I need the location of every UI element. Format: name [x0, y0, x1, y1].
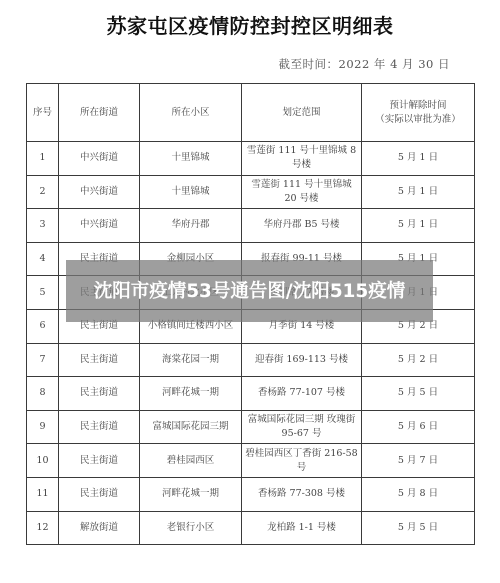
header-no: 序号 — [27, 84, 59, 142]
cell-street: 民主街道 — [59, 477, 140, 511]
cell-no: 12 — [27, 511, 59, 545]
table-row: 7民主街道海棠花园一期迎春街 169-113 号楼5 月 2 日 — [27, 343, 475, 377]
cell-community: 华府丹郡 — [140, 209, 242, 243]
table-row: 9民主街道富城国际花园三期富城国际花园三期 玫瑰街 95-67 号5 月 6 日 — [27, 410, 475, 444]
header-community: 所在小区 — [140, 84, 242, 142]
table-row: 10民主街道碧桂园西区碧桂园西区丁香街 216-58 号5 月 7 日 — [27, 444, 475, 478]
header-release-line2: （实际以审批为准） — [364, 113, 472, 127]
as-of-date: 截至时间：2022 年 4 月 30 日 — [279, 56, 451, 72]
cell-no: 3 — [27, 209, 59, 243]
cell-no: 9 — [27, 410, 59, 444]
cell-community: 河畔花城一期 — [140, 477, 242, 511]
cell-community: 碧桂园西区 — [140, 444, 242, 478]
cell-no: 7 — [27, 343, 59, 377]
table-row: 11民主街道河畔花城一期香杨路 77-308 号楼5 月 8 日 — [27, 477, 475, 511]
cell-range: 香杨路 77-107 号楼 — [242, 377, 362, 411]
cell-release: 5 月 5 日 — [362, 377, 475, 411]
cell-street: 民主街道 — [59, 444, 140, 478]
cell-release: 5 月 1 日 — [362, 209, 475, 243]
cell-street: 民主街道 — [59, 377, 140, 411]
cell-release: 5 月 5 日 — [362, 511, 475, 545]
cell-no: 6 — [27, 309, 59, 343]
header-range: 划定范围 — [242, 84, 362, 142]
table-row: 2中兴街道十里锦城雪莲街 111 号十里锦城 20 号楼5 月 1 日 — [27, 175, 475, 209]
cell-release: 5 月 1 日 — [362, 175, 475, 209]
cell-street: 中兴街道 — [59, 175, 140, 209]
cell-range: 香杨路 77-308 号楼 — [242, 477, 362, 511]
cell-release: 5 月 7 日 — [362, 444, 475, 478]
cell-community: 河畔花城一期 — [140, 377, 242, 411]
cell-community: 海棠花园一期 — [140, 343, 242, 377]
table-row: 8民主街道河畔花城一期香杨路 77-107 号楼5 月 5 日 — [27, 377, 475, 411]
cell-community: 十里锦城 — [140, 175, 242, 209]
cell-range: 龙柏路 1-1 号楼 — [242, 511, 362, 545]
cell-release: 5 月 1 日 — [362, 142, 475, 176]
table-row: 1中兴街道十里锦城雪莲街 111 号十里锦城 8 号楼5 月 1 日 — [27, 142, 475, 176]
cell-street: 中兴街道 — [59, 142, 140, 176]
cell-range: 雪莲街 111 号十里锦城 20 号楼 — [242, 175, 362, 209]
header-release-line1: 预计解除时间 — [364, 99, 472, 113]
cell-community: 富城国际花园三期 — [140, 410, 242, 444]
cell-street: 解放街道 — [59, 511, 140, 545]
cell-range: 富城国际花园三期 玫瑰街 95-67 号 — [242, 410, 362, 444]
cell-release: 5 月 6 日 — [362, 410, 475, 444]
header-street: 所在街道 — [59, 84, 140, 142]
document-title: 苏家屯区疫情防控封控区明细表 — [0, 10, 500, 39]
cell-community: 十里锦城 — [140, 142, 242, 176]
cell-community: 老银行小区 — [140, 511, 242, 545]
cell-no: 11 — [27, 477, 59, 511]
table-row: 12解放街道老银行小区龙柏路 1-1 号楼5 月 5 日 — [27, 511, 475, 545]
cell-range: 雪莲街 111 号十里锦城 8 号楼 — [242, 142, 362, 176]
cell-no: 4 — [27, 242, 59, 276]
cell-no: 5 — [27, 276, 59, 310]
cell-no: 2 — [27, 175, 59, 209]
cell-street: 民主街道 — [59, 343, 140, 377]
cell-no: 10 — [27, 444, 59, 478]
cell-release: 5 月 2 日 — [362, 343, 475, 377]
cell-no: 8 — [27, 377, 59, 411]
cell-range: 碧桂园西区丁香街 216-58 号 — [242, 444, 362, 478]
caption-overlay: 沈阳市疫情53号通告图/沈阳515疫情 — [66, 260, 433, 322]
table-header-row: 序号 所在街道 所在小区 划定范围 预计解除时间 （实际以审批为准） — [27, 84, 475, 142]
cell-range: 迎春街 169-113 号楼 — [242, 343, 362, 377]
cell-release: 5 月 8 日 — [362, 477, 475, 511]
cell-street: 中兴街道 — [59, 209, 140, 243]
cell-no: 1 — [27, 142, 59, 176]
cell-street: 民主街道 — [59, 410, 140, 444]
header-release-time: 预计解除时间 （实际以审批为准） — [362, 84, 475, 142]
table-row: 3中兴街道华府丹郡华府丹郡 B5 号楼5 月 1 日 — [27, 209, 475, 243]
cell-range: 华府丹郡 B5 号楼 — [242, 209, 362, 243]
